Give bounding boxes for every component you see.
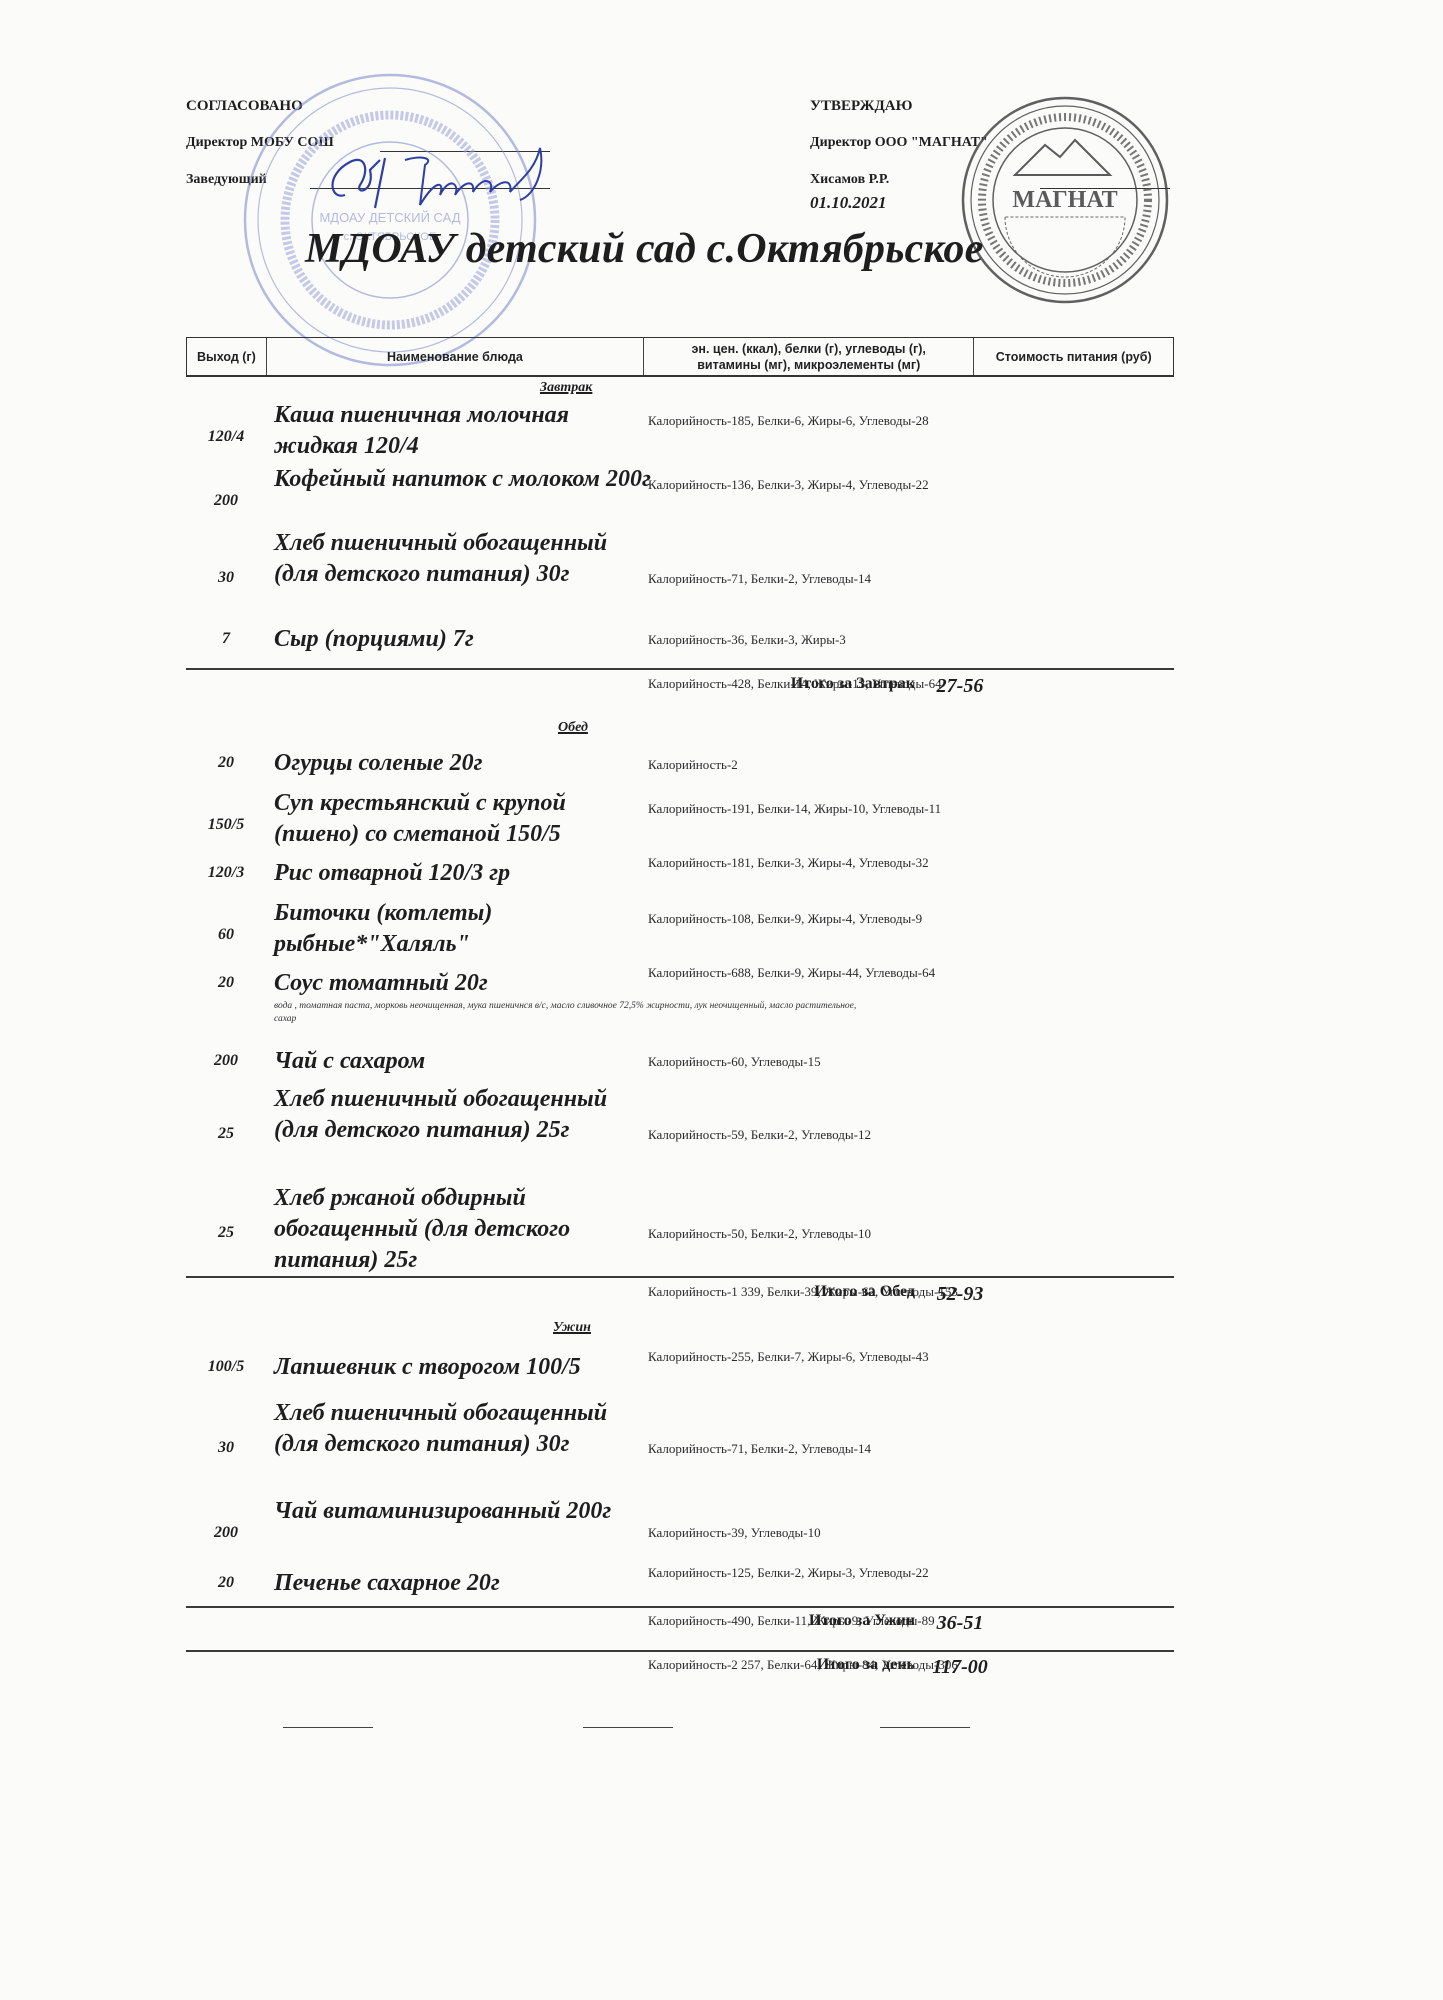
item-nutrition: Калорийность-59, Белки-2, Углеводы-12 bbox=[648, 1126, 978, 1143]
item-dish: Чай с сахаром bbox=[274, 1046, 654, 1077]
item-dish: Хлеб пшеничный обогащенный (для детского… bbox=[274, 528, 654, 590]
item-dish: Биточки (котлеты) рыбные*"Халяль" bbox=[274, 898, 654, 960]
item-ingredients-note: вода , томатная паста, морковь неочищенн… bbox=[274, 1000, 874, 1026]
item-nutrition: Калорийность-125, Белки-2, Жиры-3, Углев… bbox=[648, 1564, 978, 1581]
item-nutrition: Калорийность-185, Белки-6, Жиры-6, Углев… bbox=[648, 412, 978, 429]
item-nutrition: Калорийность-71, Белки-2, Углеводы-14 bbox=[648, 1440, 978, 1457]
item-dish: Хлеб пшеничный обогащенный (для детского… bbox=[274, 1398, 654, 1460]
item-yield: 7 bbox=[186, 630, 266, 648]
item-nutrition: Калорийность-2 bbox=[648, 756, 978, 773]
stamp-company-name: МАГНАТ bbox=[1012, 187, 1117, 213]
total-cost-lunch: 52-93 bbox=[860, 1283, 1060, 1306]
item-yield: 30 bbox=[186, 1439, 266, 1457]
page-title: МДОАУ детский сад с.Октябрьское bbox=[305, 225, 983, 273]
item-nutrition: Калорийность-136, Белки-3, Жиры-4, Углев… bbox=[648, 476, 978, 493]
signature-icon bbox=[325, 140, 555, 215]
total-cost-breakfast: 27-56 bbox=[860, 675, 1060, 698]
item-yield: 30 bbox=[186, 569, 266, 587]
approval-right-line2: Хисамов Р.Р. bbox=[810, 172, 889, 188]
item-yield: 25 bbox=[186, 1224, 266, 1242]
blank-signature-line bbox=[880, 1727, 970, 1728]
item-nutrition: Калорийность-108, Белки-9, Жиры-4, Углев… bbox=[648, 910, 978, 927]
item-yield: 200 bbox=[186, 1052, 266, 1070]
table-header: Выход (г) Наименование блюда эн. цен. (к… bbox=[186, 337, 1174, 377]
item-dish: Чай витаминизированный 200г bbox=[274, 1496, 654, 1527]
item-dish: Рис отварной 120/3 гр bbox=[274, 858, 654, 889]
item-dish: Кофейный напиток с молоком 200г bbox=[274, 464, 654, 495]
item-yield: 120/3 bbox=[186, 864, 266, 882]
approval-date: 01.10.2021 bbox=[810, 193, 887, 213]
section-title-dinner: Ужин bbox=[553, 1320, 591, 1336]
item-nutrition: Калорийность-50, Белки-2, Углеводы-10 bbox=[648, 1225, 978, 1242]
item-dish: Лапшевник с творогом 100/5 bbox=[274, 1352, 654, 1383]
item-dish: Каша пшеничная молочная жидкая 120/4 bbox=[274, 400, 654, 462]
header-cost: Стоимость питания (руб) bbox=[974, 338, 1173, 375]
section-title-breakfast: Завтрак bbox=[540, 380, 592, 396]
total-cost-day: 117-00 bbox=[860, 1656, 1060, 1679]
blank-signature-line bbox=[283, 1727, 373, 1728]
item-dish: Хлеб ржаной обдирный обогащенный (для де… bbox=[274, 1183, 654, 1276]
item-nutrition: Калорийность-71, Белки-2, Углеводы-14 bbox=[648, 570, 978, 587]
item-yield: 20 bbox=[186, 974, 266, 992]
kindergarten-stamp-icon: МДОАУ ДЕТСКИЙ САД с. ОКТЯБРЬСКОЕ bbox=[240, 70, 540, 370]
item-dish: Хлеб пшеничный обогащенный (для детского… bbox=[274, 1084, 654, 1146]
approval-right-heading: УТВЕРЖДАЮ bbox=[810, 98, 913, 115]
item-nutrition: Калорийность-39, Углеводы-10 bbox=[648, 1524, 978, 1541]
header-dish: Наименование блюда bbox=[267, 338, 644, 375]
item-nutrition: Калорийность-255, Белки-7, Жиры-6, Углев… bbox=[648, 1348, 978, 1365]
item-dish: Соус томатный 20г bbox=[274, 968, 654, 999]
item-nutrition: Калорийность-36, Белки-3, Жиры-3 bbox=[648, 631, 978, 648]
item-nutrition: Калорийность-181, Белки-3, Жиры-4, Углев… bbox=[648, 854, 978, 871]
item-nutrition: Калорийность-60, Углеводы-15 bbox=[648, 1053, 978, 1070]
item-yield: 200 bbox=[186, 1524, 266, 1542]
item-yield: 120/4 bbox=[186, 428, 266, 446]
item-dish: Суп крестьянский с крупой (пшено) со сме… bbox=[274, 788, 654, 850]
item-yield: 150/5 bbox=[186, 816, 266, 834]
item-yield: 20 bbox=[186, 1574, 266, 1592]
item-yield: 25 bbox=[186, 1125, 266, 1143]
item-nutrition: Калорийность-191, Белки-14, Жиры-10, Угл… bbox=[648, 800, 978, 817]
section-title-lunch: Обед bbox=[558, 720, 588, 736]
item-dish: Огурцы соленые 20г bbox=[274, 748, 654, 779]
section-divider bbox=[186, 1606, 1174, 1608]
item-yield: 60 bbox=[186, 926, 266, 944]
item-yield: 100/5 bbox=[186, 1358, 266, 1376]
item-yield: 20 bbox=[186, 754, 266, 772]
header-nutrition: эн. цен. (ккал), белки (г), углеводы (г)… bbox=[644, 338, 974, 375]
item-yield: 200 bbox=[186, 492, 266, 510]
total-cost-dinner: 36-51 bbox=[860, 1612, 1060, 1635]
blank-signature-line bbox=[583, 1727, 673, 1728]
item-dish: Печенье сахарное 20г bbox=[274, 1568, 654, 1599]
company-stamp-icon: МАГНАТ bbox=[960, 95, 1170, 305]
day-divider bbox=[186, 1650, 1174, 1652]
header-yield: Выход (г) bbox=[187, 338, 267, 375]
section-divider bbox=[186, 668, 1174, 670]
item-dish: Сыр (порциями) 7г bbox=[274, 624, 654, 655]
item-nutrition: Калорийность-688, Белки-9, Жиры-44, Угле… bbox=[648, 964, 978, 981]
section-divider bbox=[186, 1276, 1174, 1278]
